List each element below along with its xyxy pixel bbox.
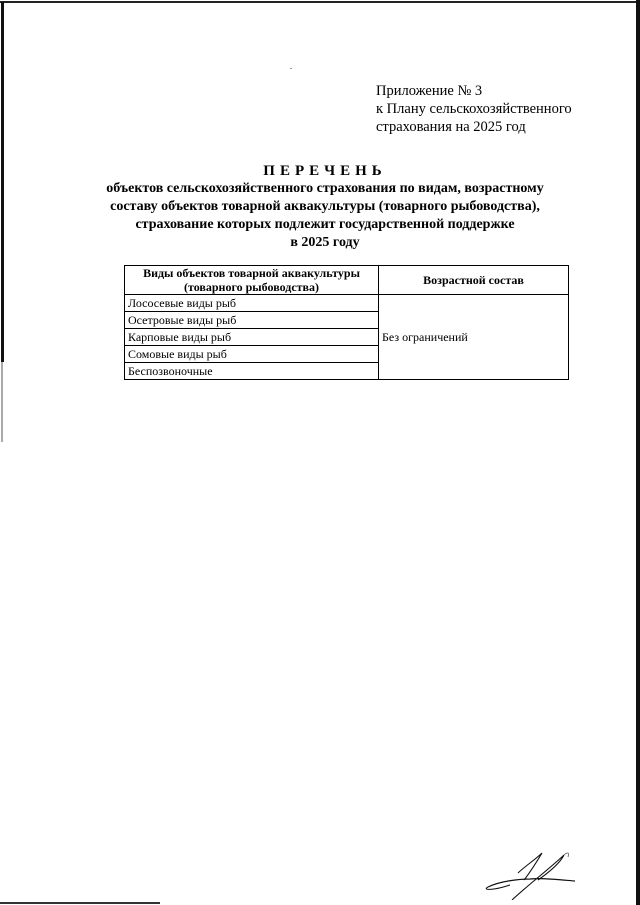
object-type-cell: Сомовые виды рыб bbox=[125, 346, 379, 363]
object-type-cell: Осетровые виды рыб bbox=[125, 312, 379, 329]
title-main: ПЕРЕЧЕНЬ bbox=[100, 162, 550, 180]
signature-icon bbox=[480, 845, 590, 900]
scan-border-left-faint bbox=[1, 362, 3, 442]
title-line: в 2025 году bbox=[100, 234, 550, 252]
header-age-composition: Возрастной состав bbox=[379, 266, 569, 295]
document-title: ПЕРЕЧЕНЬ объектов сельскохозяйственного … bbox=[100, 162, 550, 252]
scan-border-bottom bbox=[0, 902, 160, 904]
table-row: Лососевые виды рыб Без ограничений bbox=[125, 295, 569, 312]
object-type-cell: Карповые виды рыб bbox=[125, 329, 379, 346]
header-object-types: Виды объектов товарной аквакультуры (тов… bbox=[125, 266, 379, 295]
appendix-line: страхования на 2025 год bbox=[376, 118, 572, 136]
aquaculture-table: Виды объектов товарной аквакультуры (тов… bbox=[124, 265, 569, 380]
title-line: страхование которых подлежит государстве… bbox=[100, 216, 550, 234]
scan-border-top bbox=[0, 1, 640, 3]
table-header-row: Виды объектов товарной аквакультуры (тов… bbox=[125, 266, 569, 295]
appendix-line: к Плану сельскохозяйственного bbox=[376, 100, 572, 118]
age-composition-cell: Без ограничений bbox=[379, 295, 569, 380]
object-type-cell: Лососевые виды рыб bbox=[125, 295, 379, 312]
appendix-note: Приложение № 3 к Плану сельскохозяйствен… bbox=[376, 82, 572, 136]
title-line: составу объектов товарной аквакультуры (… bbox=[100, 198, 550, 216]
scan-border-right bbox=[636, 0, 640, 905]
object-type-cell: Беспозвоночные bbox=[125, 363, 379, 380]
scan-speck bbox=[290, 68, 292, 69]
appendix-line: Приложение № 3 bbox=[376, 82, 572, 100]
scan-border-left bbox=[1, 2, 4, 362]
title-line: объектов сельскохозяйственного страхован… bbox=[100, 180, 550, 198]
